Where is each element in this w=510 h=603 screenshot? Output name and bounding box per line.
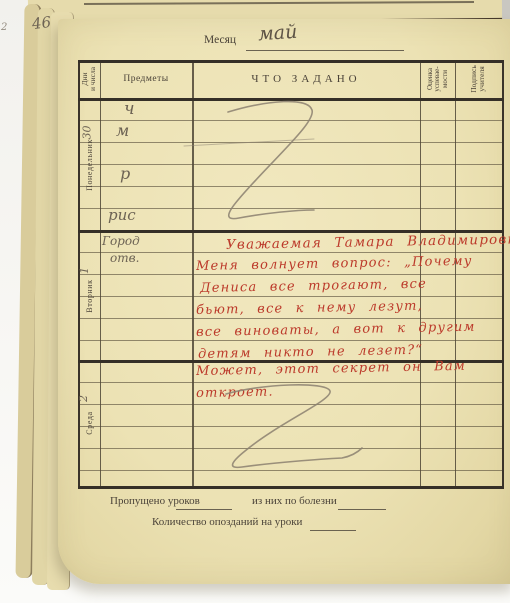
note-line: бьют, все к нему лезут, <box>196 299 423 318</box>
note-line: Дениса все трогают, все <box>200 277 427 296</box>
header-assigned-column: ЧТО ЗАДАНО <box>192 60 420 98</box>
note-line: откроет. <box>196 385 274 401</box>
date-wednesday: 2 <box>77 395 90 402</box>
edge-pencil-mark: 2 <box>1 22 7 33</box>
footer-illness-label: из них по болезни <box>252 495 337 507</box>
date-monday: 30 <box>81 126 94 140</box>
subject-entry: рис <box>108 206 136 224</box>
footer-missed-label: Пропущено уроков <box>110 495 200 507</box>
late-blank-line <box>310 530 356 531</box>
table-border-right <box>502 60 504 488</box>
header-grade-column: Оценка успевае- мости <box>421 59 455 99</box>
month-blank-line <box>246 50 404 51</box>
header-subjects-column: Предметы <box>100 60 192 98</box>
diary-scan: 46 2 Месяц май <box>0 0 510 603</box>
subject-entry: отв. <box>110 251 139 265</box>
month-label: Месяц <box>204 34 236 46</box>
subject-entry: м <box>116 121 129 140</box>
day-label-tuesday: Вторник <box>79 236 99 356</box>
date-tuesday: 1 <box>78 267 91 274</box>
day-label-monday: Понедельник <box>79 105 99 225</box>
subject-entry: р <box>120 164 130 183</box>
header-signature-column: Подпись учителя <box>455 59 501 99</box>
month-value-handwritten: май <box>257 21 298 46</box>
note-line: Уважаемая Тамара Владимировна <box>226 231 510 253</box>
header-days-column: Дни и числа <box>78 60 100 98</box>
subject-entry: ч <box>124 99 135 119</box>
footer-late-label: Количество опозданий на уроки <box>152 516 302 528</box>
missed-blank-line <box>176 509 232 510</box>
day-label-wednesday: Среда <box>79 363 99 483</box>
note-line: все виноваты, а вот к другим <box>196 320 476 340</box>
page-number: 46 <box>31 13 52 33</box>
diary-table: Дни и числа Предметы ЧТО ЗАДАНО Оценка у… <box>78 60 504 491</box>
note-line: Меня волнует вопрос: „Почему <box>196 254 473 274</box>
table-border-bottom <box>78 486 504 489</box>
subject-entry: Город <box>102 234 140 248</box>
illness-blank-line <box>338 509 386 510</box>
